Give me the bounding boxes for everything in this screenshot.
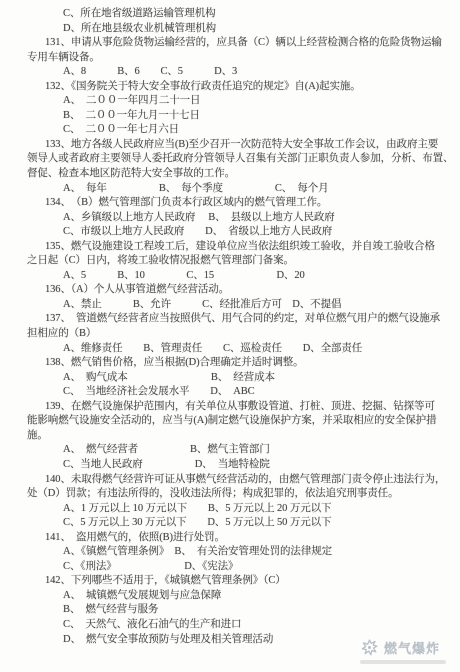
continuation-line: 督促、检查本地区防范特大安全事故的工作。 — [27, 167, 452, 182]
option-line: A、维修责任 B、管理责任 C、巡检责任 D、全部责任 — [27, 342, 452, 357]
option-line: A、《镇燃气管理条例》 B、 有关治安管理处罚的法律规定 — [27, 545, 452, 560]
option-line: D、所在地县级农业机械管理机构 — [27, 22, 452, 37]
question-line: 134、 （B）燃气管理部门负责本行政区域内的燃气管理工作。 — [27, 196, 452, 211]
document-page: C、所在地省级道路运输管理机构D、所在地县级农业机械管理机构131、申请从事危险… — [0, 0, 460, 672]
option-line: A、8 B、6 C、5 D、3 — [27, 65, 452, 80]
option-line: C、所在地省级道路运输管理机构 — [27, 7, 452, 22]
continuation-line: 领导人或者政府主要领导人委托政府分管领导人召集有关部门正职负责人参加，分析、布置… — [27, 152, 452, 167]
option-line: B、 燃气经营与服务 — [27, 603, 452, 618]
option-line: A、1 万元以上 10 万元以下 B、5 万元以上 20 万元以下 — [27, 502, 452, 517]
question-line: 132、《国务院关于特大安全事故行政责任追究的规定》自(A)起实施。 — [27, 80, 452, 95]
option-line: A、 购气成本 B、 经营成本 — [27, 371, 452, 386]
continuation-line: 能影响燃气设施安全活动的，应当与(A)制定燃气设施保护方案，并采取相应的安全保护… — [27, 414, 452, 429]
watermark-underline — [360, 660, 446, 664]
option-line: C、市级以上地方人民政府 D、 省级以上地方人民政府 — [27, 225, 452, 240]
option-line: C、当地人民政府 D、 当地特检院 — [27, 458, 452, 473]
question-line: 133、地方各级人民政府应当(B)至少召开一次防范特大安全事故工作会议，由政府主… — [27, 138, 452, 153]
question-line: 139、在燃气设施保护范围内，有关单位从事敷设管道、打桩、顶进、挖掘、钻探等可 — [27, 400, 452, 415]
continuation-line: 处（D）罚款；有违法所得的，没收违法所得；构成犯罪的，依法追究刑事责任。 — [27, 487, 452, 502]
continuation-line: 施。 — [27, 429, 452, 444]
option-line: C、 天然气、液化石油气的生产和进口 — [27, 618, 452, 633]
continuation-line: 之日起（C）日内，将竣工验收情况报燃气管理部门备案。 — [27, 254, 452, 269]
question-line: 138、燃气销售价格，应当根据(D)合理确定并适时调整。 — [27, 356, 452, 371]
option-line: A、 二００一年四月二十一日 — [27, 94, 452, 109]
explosion-icon — [360, 638, 379, 657]
option-line: A、 城镇燃气发展规划与应急保障 — [27, 589, 452, 604]
option-line: A、 每年 B、 每个季度 C、 每个月 — [27, 182, 452, 197]
option-line: C、5 万元以上 30 万元以下 D、5 万元以上 50 万元以下 — [27, 516, 452, 531]
option-line: C、 二００一年七月六日 — [27, 123, 452, 138]
continuation-line: 担相应的（B） — [27, 327, 452, 342]
watermark-label: 燃气爆炸 — [384, 638, 440, 657]
question-list: C、所在地省级道路运输管理机构D、所在地县级农业机械管理机构131、申请从事危险… — [0, 0, 460, 647]
question-line: 141、 盗用燃气的，依照(B)进行处罚。 — [27, 531, 452, 546]
option-line: C、 当地经济社会发展水平 D、 ABC — [27, 385, 452, 400]
question-line: 140、未取得燃气经营许可证从事燃气经营活动的，由燃气管理部门责令停止违法行为， — [27, 473, 452, 488]
option-line: A、 燃气经营者 B、燃气主管部门 — [27, 443, 452, 458]
question-line: 137、 管道燃气经营者应当按照供气、用气合同的约定，对单位燃气用户的燃气设施承 — [27, 312, 452, 327]
watermark-row: 燃气爆炸 — [360, 638, 440, 657]
option-line: C、《刑法》 D、《宪法》 — [27, 560, 452, 575]
watermark: 燃气爆炸 — [360, 638, 446, 664]
option-line: A、禁止 B、允许 C、经批准后方可 D、不提倡 — [27, 298, 452, 313]
question-line: 135、燃气设施建设工程竣工后，建设单位应当依法组织竣工验收，并自竣工验收合格 — [27, 240, 452, 255]
continuation-line: 专用车辆设备。 — [27, 51, 452, 66]
question-line: 142、下列哪些不适用于，《城镇燃气管理条例》（C） — [27, 574, 452, 589]
option-line: A、乡镇级以上地方人民政府 B、 县级以上地方人民政府 — [27, 211, 452, 226]
question-line: 136、（A）个人从事管道燃气经营活动。 — [27, 283, 452, 298]
question-line: 131、申请从事危险货物运输经营的，应具备（C）辆以上经营检测合格的危险货物运输 — [27, 36, 452, 51]
option-line: A、5 B、10 C、15 D、20 — [27, 269, 452, 284]
option-line: B、 二００一年九月一十七日 — [27, 109, 452, 124]
